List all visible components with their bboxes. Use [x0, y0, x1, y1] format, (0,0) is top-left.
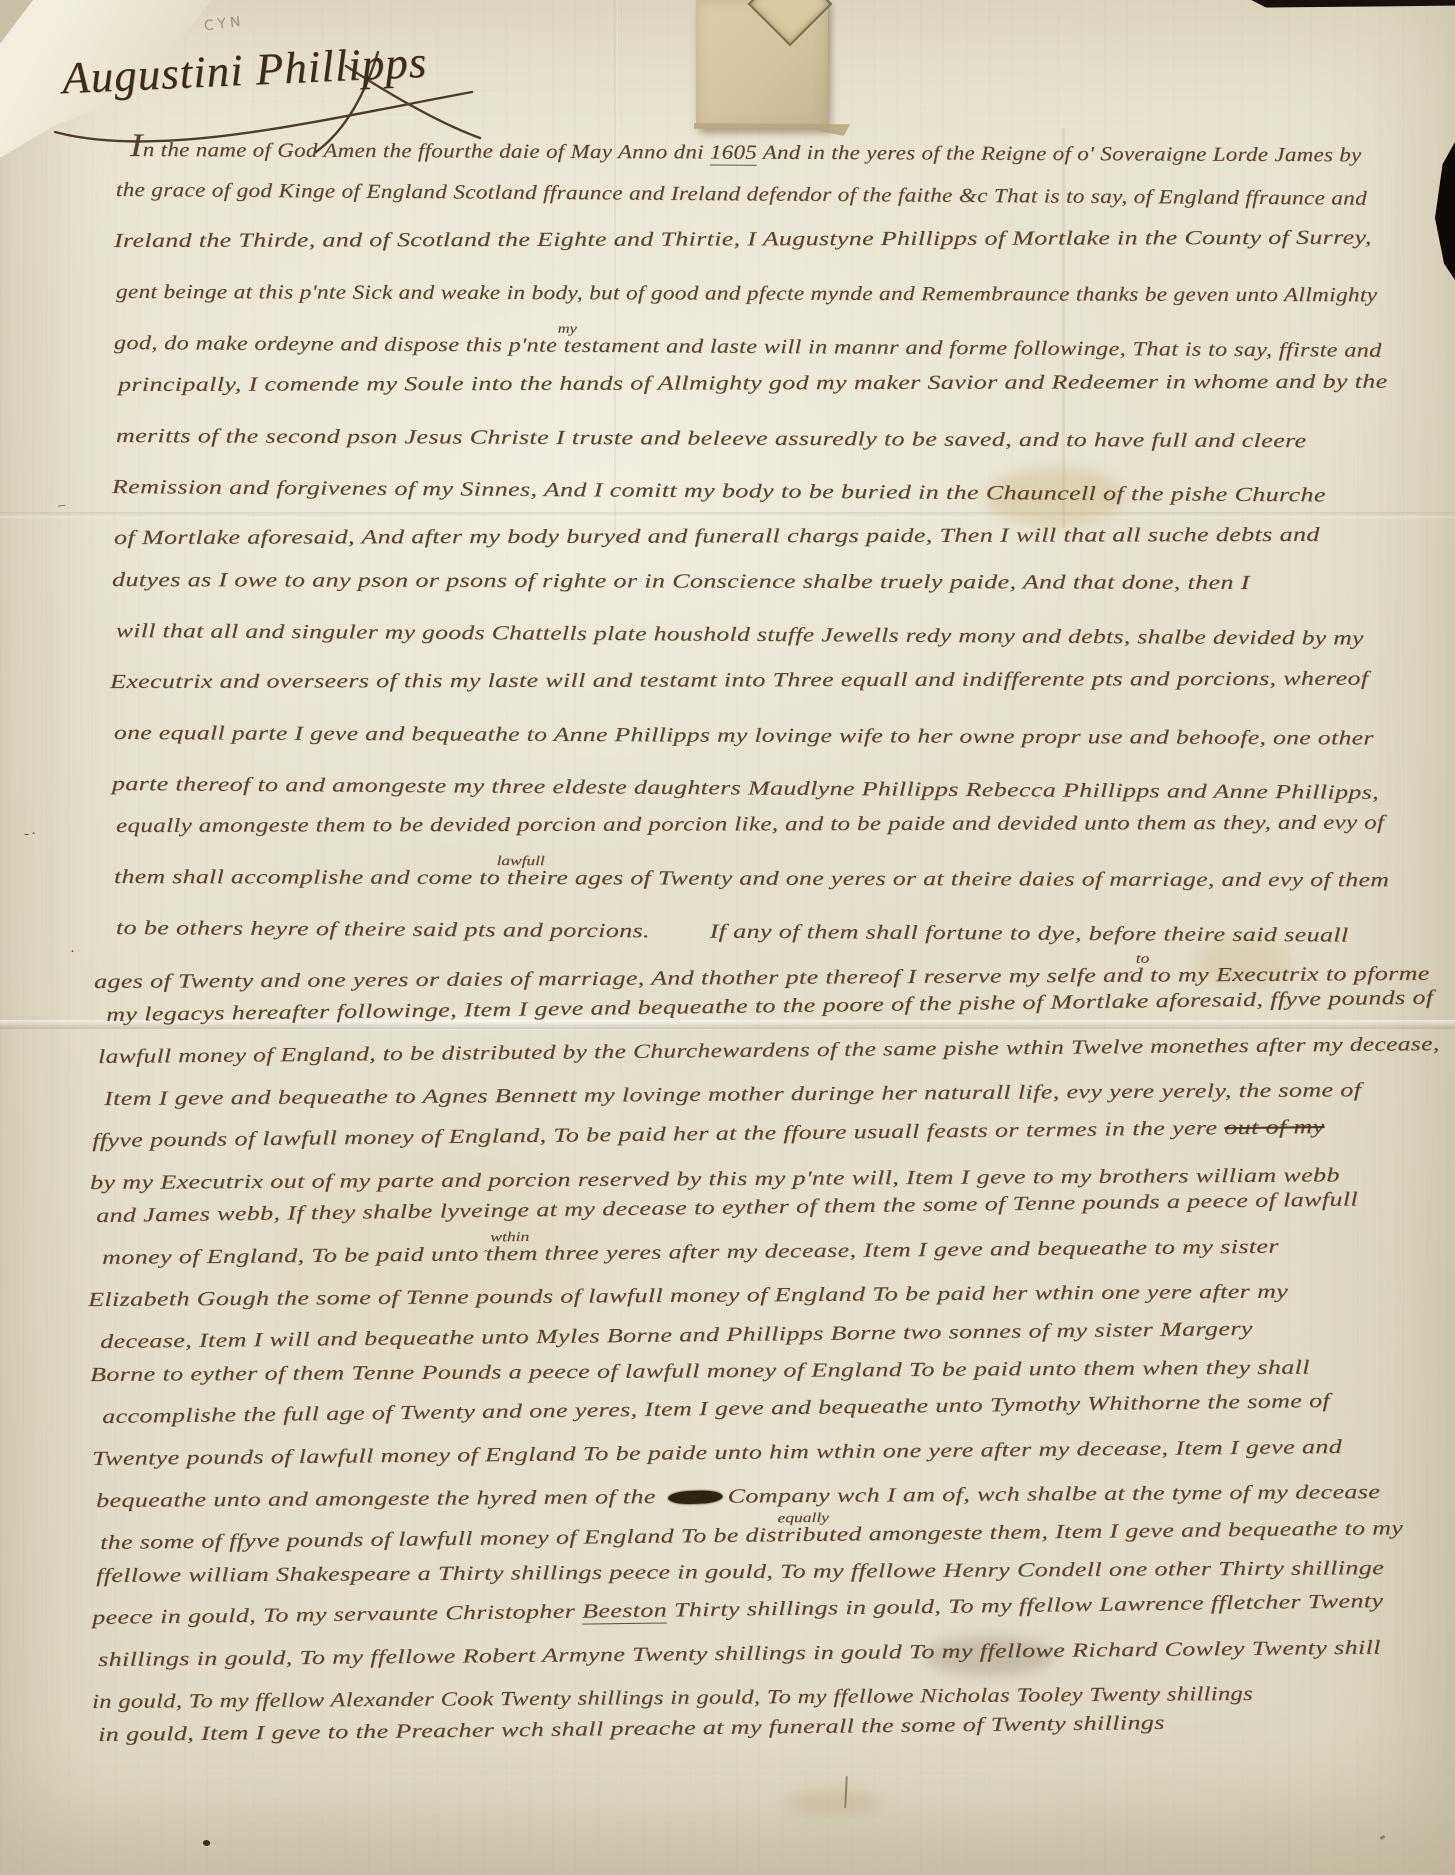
manuscript-line: Remission and forgivenes of my Sinnes, A… [112, 476, 1326, 507]
manuscript-line: god, do make ordeyne and dispose this p'… [114, 332, 1382, 363]
interlinear-insert: wthin [490, 1229, 529, 1245]
manuscript-line: Ireland the Thirde, and of Scotland the … [114, 227, 1372, 253]
manuscript-line: lawfull money of England, to be distribu… [98, 1033, 1440, 1069]
strike-mark: out of my [1224, 1116, 1325, 1139]
manuscript-line: Elizabeth Gough the some of Tenne pounds… [88, 1281, 1288, 1312]
manuscript-photo: CYN Augustini Phillipps In the name of G… [0, 0, 1455, 1875]
manuscript-line: peece in gould, To my servaunte Christop… [92, 1590, 1384, 1630]
manuscript-line: the some of ffyve pounds of lawfull mone… [100, 1517, 1403, 1555]
manuscript-line: to be others heyre of theire said pts an… [116, 917, 1349, 948]
manuscript-line: Borne to eyther of them Tenne Pounds a p… [90, 1357, 1310, 1387]
interlinear-insert: lawfull [497, 853, 545, 869]
manuscript-line: parte thereof to and amongeste my three … [112, 773, 1379, 805]
manuscript-line: the grace of god Kinge of England Scotla… [116, 179, 1367, 211]
interlinear-insert: equally [777, 1510, 829, 1527]
manuscript-line: Executrix and overseers of this my laste… [110, 668, 1368, 694]
manuscript-line: In the name of God Amen the ffourthe dai… [130, 128, 1362, 170]
interlinear-insert: my [558, 321, 577, 337]
manuscript-line: meritts of the second pson Jesus Christe… [116, 425, 1307, 453]
ink-blot [668, 1490, 723, 1505]
manuscript-line: decease, Item I will and bequeathe unto … [100, 1318, 1253, 1354]
manuscript-line: will that all and singuler my goods Chat… [116, 620, 1364, 651]
manuscript-line: gent beinge at this p'nte Sick and weake… [116, 281, 1377, 307]
manuscript-body: In the name of God Amen the ffourthe dai… [86, 0, 1436, 1875]
manuscript-line: in gould, Item I geve to the Preacher wc… [98, 1712, 1165, 1747]
manuscript-line: ffyve pounds of lawfull money of England… [92, 1116, 1325, 1153]
manuscript-line: principally, I comende my Soule into the… [118, 371, 1388, 397]
manuscript-line: Twentye pounds of lawfull money of Engla… [92, 1436, 1342, 1471]
manuscript-line: Item I geve and bequeathe to Agnes Benne… [104, 1079, 1361, 1111]
underline-mark: Beeston [582, 1599, 667, 1624]
manuscript-line: accomplishe the full age of Twenty and o… [102, 1390, 1330, 1429]
margin-mark: -· [24, 826, 38, 843]
manuscript-line: one equall parte I geve and bequeathe to… [114, 722, 1374, 750]
manuscript-line: of Mortlake aforesaid, And after my body… [114, 524, 1320, 550]
manuscript-line: and James webb, If they shalbe lyveinge … [96, 1188, 1358, 1228]
manuscript-line: dutyes as I owe to any pson or psons of … [112, 569, 1250, 595]
manuscript-line: money of England, To be paid unto them t… [102, 1236, 1279, 1270]
interlinear-insert: to [1136, 951, 1150, 967]
margin-mark: · [70, 944, 75, 961]
underline-mark: 1605 [710, 142, 757, 166]
manuscript-line: ffellowe william Shakespeare a Thirty sh… [96, 1557, 1384, 1588]
manuscript-line: equally amongeste them to be devided por… [116, 812, 1384, 838]
manuscript-line: bequeathe unto and amongeste the hyred m… [96, 1481, 1380, 1513]
manuscript-line: shillings in gould, To my ffellowe Rober… [98, 1637, 1381, 1672]
manuscript-line: in gould, To my ffellow Alexander Cook T… [92, 1683, 1253, 1714]
manuscript-line: them shall accomplishe and come to their… [114, 866, 1389, 892]
